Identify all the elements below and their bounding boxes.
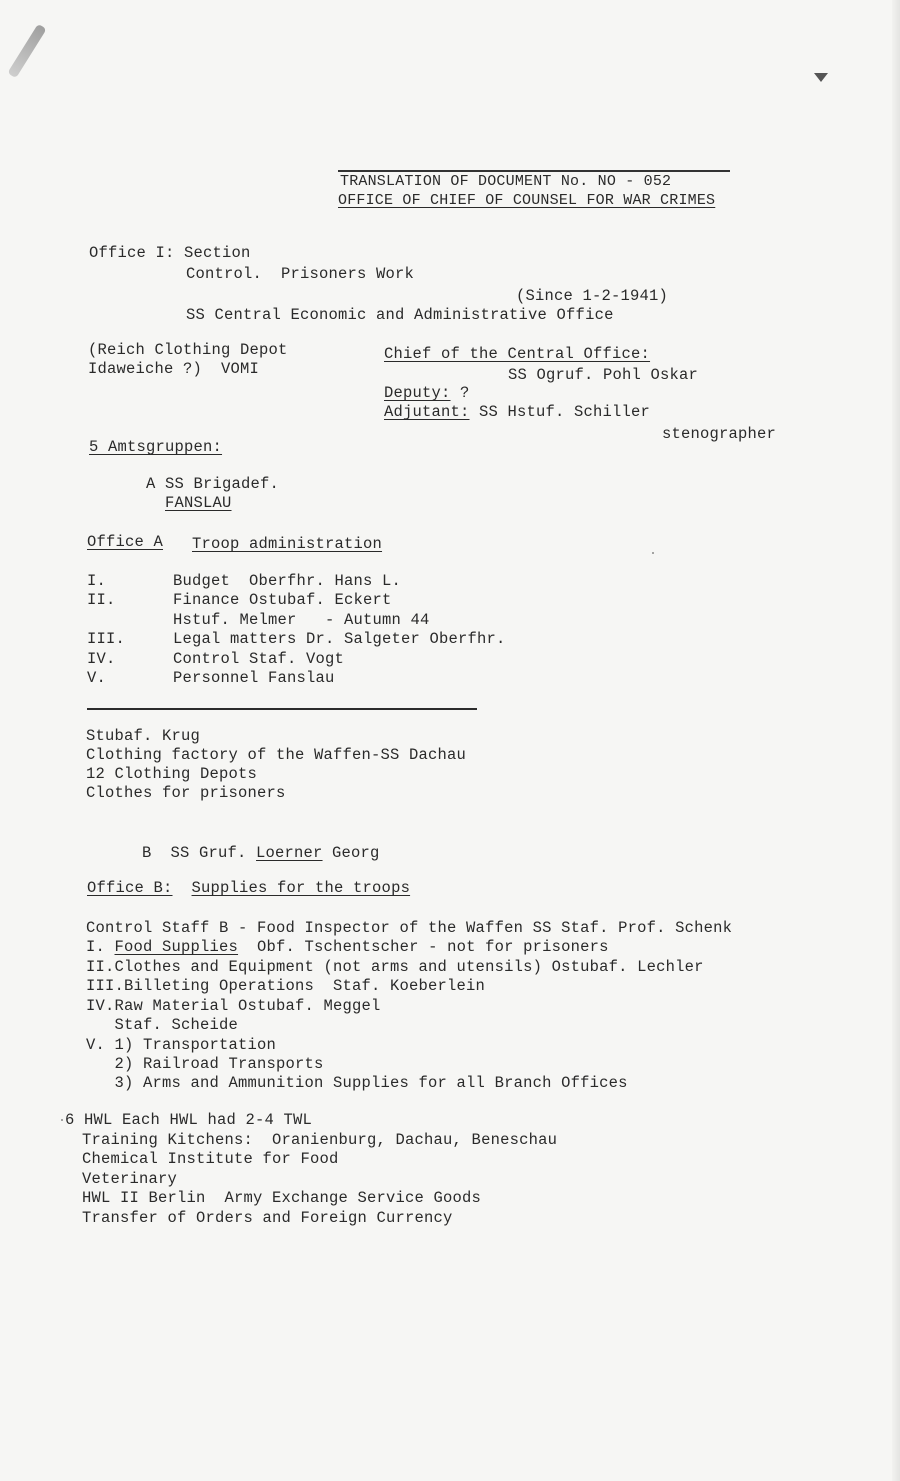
office-b-label: Office B: (87, 879, 173, 897)
stenographer: stenographer (662, 425, 776, 443)
office-i-label: Office I: Section (89, 244, 251, 262)
paper-blemish-mark (814, 73, 828, 82)
section-divider (87, 708, 477, 710)
list-item: Personnel Fanslau (173, 669, 335, 687)
note-line: Clothes for prisoners (86, 784, 286, 802)
note-line: Stubaf. Krug (86, 727, 200, 745)
list-item: Staf. Scheide (86, 1016, 238, 1034)
stray-dot (61, 1119, 63, 1121)
list-item: II.Clothes and Equipment (not arms and u… (86, 958, 704, 976)
group-b-leader-prefix: B SS Gruf. (142, 844, 256, 862)
office-b-food-label: Food Supplies (115, 938, 239, 956)
office-a-title: Troop administration (192, 535, 382, 553)
office-a-label: Office A (87, 533, 163, 551)
list-item: Budget Oberfhr. Hans L. (173, 572, 401, 590)
note-line: Chemical Institute for Food (82, 1150, 339, 1168)
note-line: Clothing factory of the Waffen-SS Dachau (86, 746, 466, 764)
stray-dot (652, 552, 654, 554)
note-line: HWL II Berlin Army Exchange Service Good… (82, 1189, 481, 1207)
adjutant-label: Adjutant: (384, 403, 470, 421)
office-b-title: Supplies for the troops (192, 879, 411, 897)
page-edge-shadow (892, 0, 900, 1481)
list-item: 3) Arms and Ammunition Supplies for all … (86, 1074, 628, 1092)
group-a-leader-name: FANSLAU (165, 494, 232, 512)
left-note-line1: (Reich Clothing Depot (88, 341, 288, 359)
office-i-since: (Since 1-2-1941) (516, 287, 668, 305)
amtsgruppen-heading: 5 Amtsgruppen: (89, 438, 222, 456)
group-a-leader: A SS Brigadef. (146, 475, 279, 493)
list-item-number: IV. (87, 650, 116, 668)
document-office: OFFICE OF CHIEF OF COUNSEL FOR WAR CRIME… (338, 192, 715, 210)
list-item-number: I. (87, 572, 106, 590)
header-top-rule (338, 170, 730, 172)
list-item: III.Billeting Operations Staf. Koeberlei… (86, 977, 485, 995)
list-item: IV.Raw Material Ostubaf. Meggel (86, 997, 381, 1015)
office-b-control-staff: Control Staff B - Food Inspector of the … (86, 919, 732, 937)
office-b-food-num: I. (86, 938, 115, 956)
note-line: 12 Clothing Depots (86, 765, 257, 783)
list-item: 2) Railroad Transports (86, 1055, 324, 1073)
list-item: Legal matters Dr. Salgeter Oberfhr. (173, 630, 506, 648)
document-title: TRANSLATION OF DOCUMENT No. NO - 052 (340, 173, 671, 191)
note-line: 6 HWL Each HWL had 2-4 TWL (65, 1111, 312, 1129)
list-item: Control Staf. Vogt (173, 650, 344, 668)
list-item-number: II. (87, 591, 116, 609)
group-b-leader-surname: Loerner (256, 844, 323, 862)
chief-heading: Chief of the Central Office: (384, 345, 650, 363)
paper-blemish-mark (7, 24, 46, 78)
list-item-number: III. (87, 630, 125, 648)
chief-name: SS Ogruf. Pohl Oskar (508, 366, 698, 384)
list-item: Hstuf. Melmer - Autumn 44 (173, 611, 430, 629)
note-line: Veterinary (82, 1170, 177, 1188)
deputy-label: Deputy: (384, 384, 451, 402)
office-b-food-rest: Obf. Tschentscher - not for prisoners (238, 938, 609, 956)
group-b-leader-given: Georg (323, 844, 380, 862)
list-item: Finance Ostubaf. Eckert (173, 591, 392, 609)
office-i-line3: SS Central Economic and Administrative O… (186, 306, 614, 324)
list-item-number: V. (87, 669, 106, 687)
note-line: Training Kitchens: Oranienburg, Dachau, … (82, 1131, 557, 1149)
list-item: V. 1) Transportation (86, 1036, 276, 1054)
deputy-value: ? (451, 384, 470, 402)
note-line: Transfer of Orders and Foreign Currency (82, 1209, 453, 1227)
left-note-line2: Idaweiche ?) VOMI (88, 360, 259, 378)
adjutant-value: SS Hstuf. Schiller (470, 403, 651, 421)
office-i-line2: Control. Prisoners Work (186, 265, 414, 283)
